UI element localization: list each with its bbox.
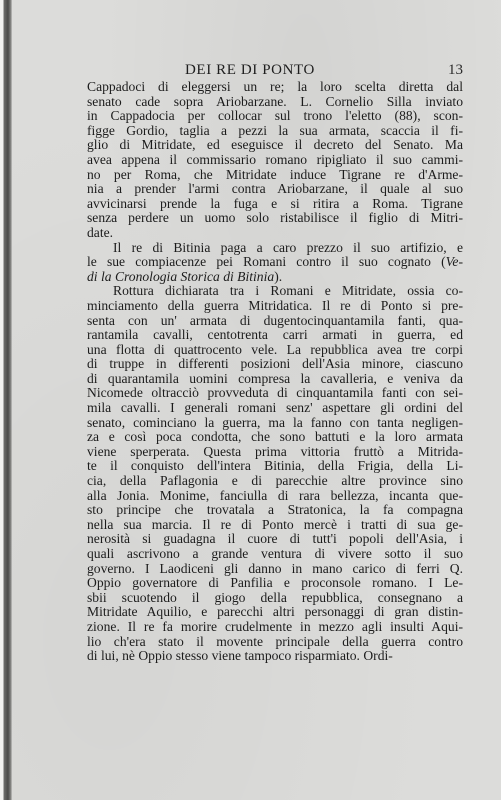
text-line-roman: le sue compiacenze pei Romani contro il … xyxy=(87,254,446,269)
text-line: figge Gordio, taglia a pezzi la sua arma… xyxy=(87,124,463,139)
text-line: avvicinarsi prende la fuga e si ritira a… xyxy=(87,197,463,212)
paragraph: Il re di Bitinia paga a caro prezzo il s… xyxy=(87,241,463,285)
text-line: alla Jonia. Monime, fanciulla di rara be… xyxy=(87,489,463,504)
text-line: nerosità si guadagna il cuore di tutt'i … xyxy=(87,532,463,547)
text-line: Il re di Bitinia paga a caro prezzo il s… xyxy=(87,241,463,256)
text-line: minciamento della guerra Mitridatica. Il… xyxy=(87,299,463,314)
text-line: avea appena il commissario romano ripigl… xyxy=(87,153,463,168)
italic-reference: Ve- xyxy=(446,254,463,269)
text-line: le sue compiacenze pei Romani contro il … xyxy=(87,255,463,270)
running-title: DEI RE DI PONTO xyxy=(185,62,315,79)
text-line: di quarantamila uomini compresa la caval… xyxy=(87,372,463,387)
text-line: zione. Il re fa morire crudelmente in me… xyxy=(87,620,463,635)
text-line: glio di Mitridate, ed eseguisce il decre… xyxy=(87,138,463,153)
text-line: in Cappadocia per collocar sul trono l'e… xyxy=(87,109,463,124)
text-line: di lui, nè Oppio stesso viene tampoco ri… xyxy=(87,649,463,664)
text-line: senza perdere un uomo solo ristabilisce … xyxy=(87,211,463,226)
text-line: Nicomede oltracciò provveduta di cinquan… xyxy=(87,386,463,401)
text-line: mila cavalli. I generali romani senz' as… xyxy=(87,401,463,416)
book-binding-edge xyxy=(0,0,12,800)
text-line: di truppe in differenti posizioni dell'A… xyxy=(87,357,463,372)
text-line: no per Roma, che Mitridate induce Tigran… xyxy=(87,168,463,183)
text-line: quali ascrivono a grande ventura di vive… xyxy=(87,547,463,562)
text-line: te il conquisto dell'intera Bitinia, del… xyxy=(87,459,463,474)
text-line: date. xyxy=(87,226,463,241)
paragraph: Cappadoci di eleggersi un re; la loro sc… xyxy=(87,80,463,241)
text-line-roman: ). xyxy=(274,269,282,284)
text-line: una flotta di quattrocento vele. La repu… xyxy=(87,343,463,358)
text-line: viene sperperata. Questa prima vittoria … xyxy=(87,445,463,460)
text-line: Oppio governatore di Panfilia e proconso… xyxy=(87,576,463,591)
text-line: nia a prender l'armi contra Ariobarzane,… xyxy=(87,182,463,197)
text-line: senato cade sopra Ariobarzane. L. Cornel… xyxy=(87,95,463,110)
text-line: di la Cronologia Storica di Bitinia). xyxy=(87,270,463,285)
text-line: cia, della Paflagonia e di parecchie alt… xyxy=(87,474,463,489)
text-line: lio ch'era stato il movente principale d… xyxy=(87,635,463,650)
text-line: nella sua marcia. Il re di Ponto mercè i… xyxy=(87,518,463,533)
text-line: Cappadoci di eleggersi un re; la loro sc… xyxy=(87,80,463,95)
text-line: sto principe che trovatala a Stratonica,… xyxy=(87,503,463,518)
page-number: 13 xyxy=(448,62,463,79)
paragraph: Rottura dichiarata tra i Romani e Mitrid… xyxy=(87,284,463,663)
book-page: DEI RE DI PONTO 13 Cappadoci di eleggers… xyxy=(12,0,501,800)
text-line: Rottura dichiarata tra i Romani e Mitrid… xyxy=(87,284,463,299)
italic-reference: di la Cronologia Storica di Bitinia xyxy=(87,269,274,284)
text-line: governo. I Laodiceni gli danno in mano c… xyxy=(87,562,463,577)
text-line: senato, cominciano la guerra, ma la fann… xyxy=(87,416,463,431)
text-line: za e così poca condotta, che sono battut… xyxy=(87,430,463,445)
text-line: rantamila cavalli, centotrenta carri arm… xyxy=(87,328,463,343)
text-line: Mitridate Aquilio, e parecchi altri pers… xyxy=(87,605,463,620)
body-text: Cappadoci di eleggersi un re; la loro sc… xyxy=(87,80,463,664)
text-line: senta con un' armata di dugentocinquanta… xyxy=(87,314,463,329)
text-line: sbii scuotendo il giogo della repubblica… xyxy=(87,591,463,606)
